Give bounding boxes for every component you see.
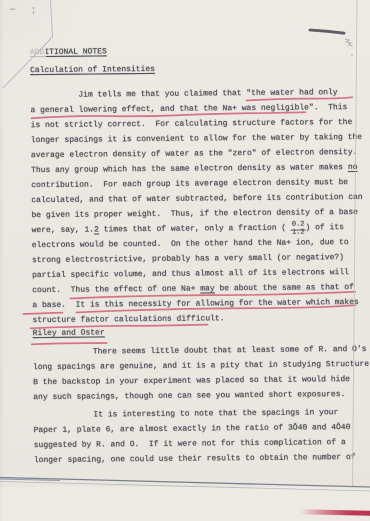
underlined-word-may: may (200, 284, 214, 293)
section-heading-riley-and-oster: Riley and Oster (33, 326, 369, 338)
scanned-letter-page: ADDITIONAL NOTES Calculation of Intensit… (0, 0, 370, 521)
heading-text: Calculation of Intensities (30, 65, 155, 75)
paragraph-riley-oster: There seems little doubt that at least s… (33, 342, 370, 405)
typewritten-text-layer: ADDITIONAL NOTES Calculation of Intensit… (0, 0, 370, 521)
section-heading-calculation-of-intensities: Calculation of Intensities (30, 63, 366, 75)
paragraph-spacings: It is interesting to note that the spaci… (33, 405, 370, 468)
underlined-word-no: no (348, 163, 358, 172)
typed-fraction: 0.21.2 (291, 223, 306, 237)
heading-text: ADDITIONAL NOTES (30, 47, 107, 57)
heading-text: Riley and Oster (33, 328, 105, 338)
typed-line: longer spacing, one could use their resu… (34, 450, 370, 468)
typed-line: any such spacings, though one can see yo… (33, 387, 369, 405)
paragraph-intensities: Jim tells me that you claimed that "the … (30, 85, 368, 328)
section-heading-additional-notes: ADDITIONAL NOTES (30, 45, 366, 57)
